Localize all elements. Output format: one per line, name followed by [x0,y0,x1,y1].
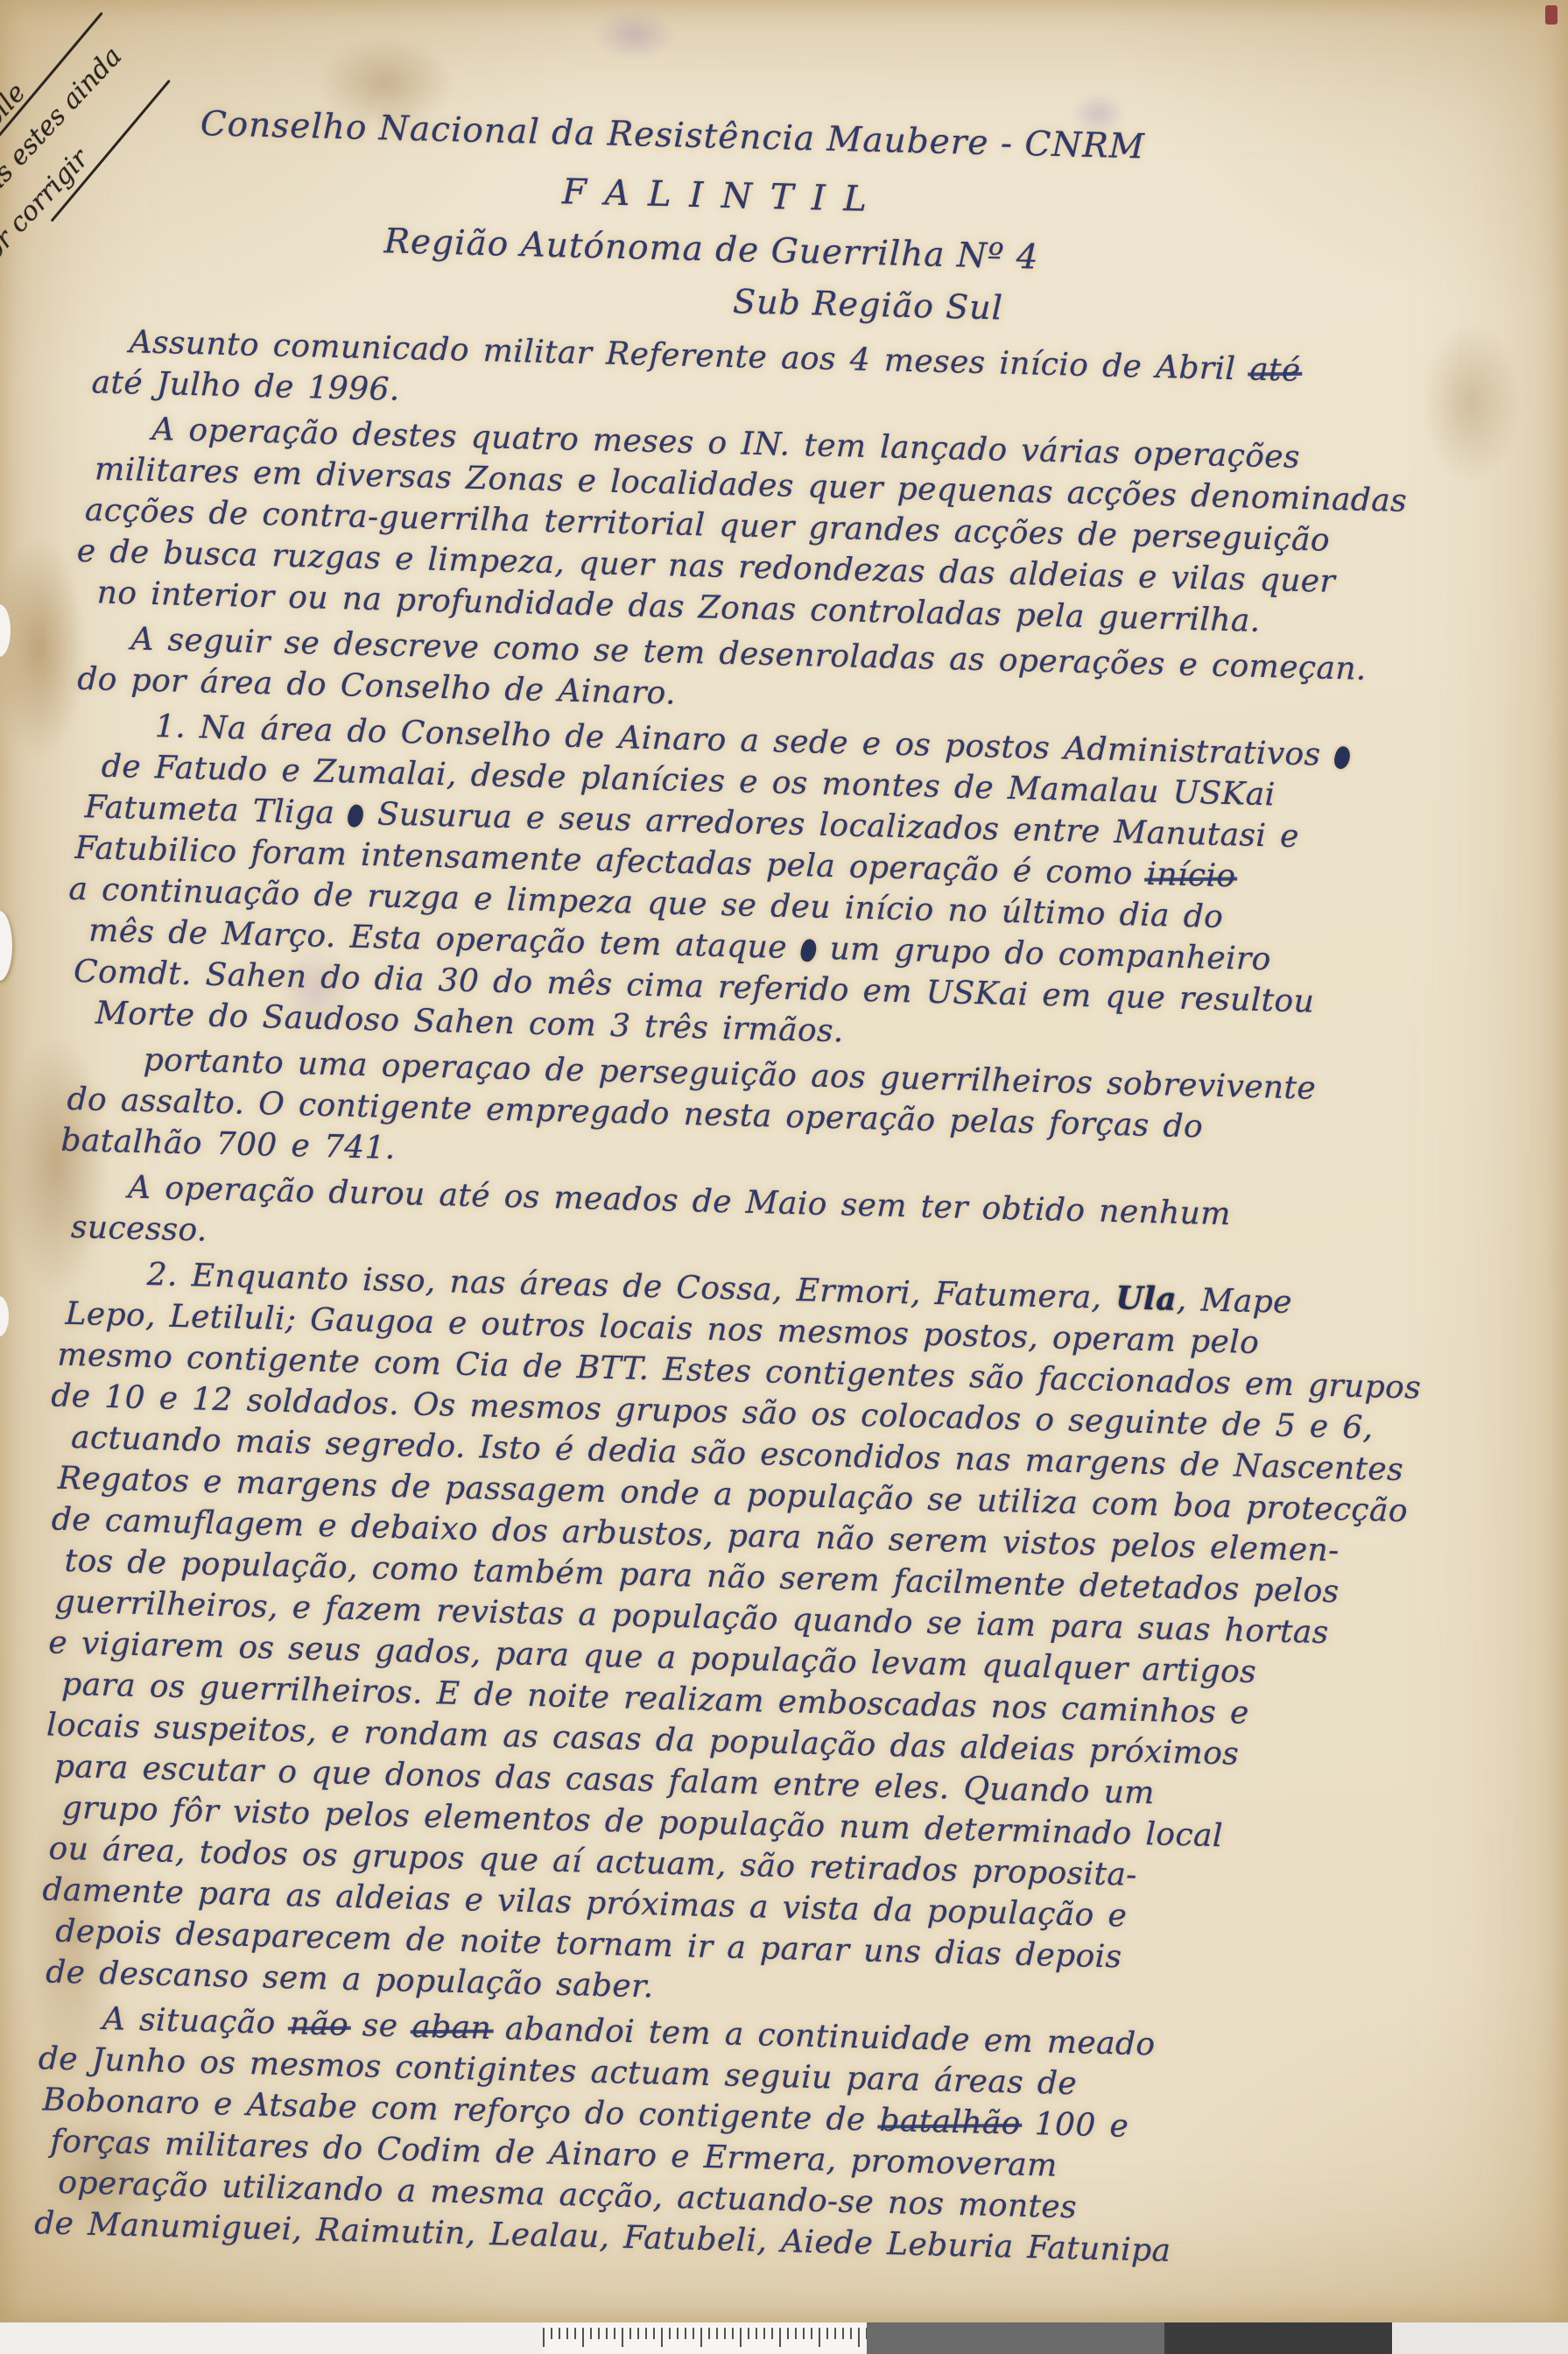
struck-out-word: até [1249,352,1301,389]
scale-bar-ruler-segment [543,2322,867,2354]
scale-bar-light-segment [1392,2322,1568,2354]
ink-blot [1332,744,1352,771]
overwritten-word: Ula [1115,1279,1178,1318]
ink-blot [798,938,819,964]
ink-blot [346,803,366,829]
red-corner-mark [1545,5,1557,25]
calibration-scale-bar [0,2322,1568,2354]
struck-out-word: aban [411,2009,492,2047]
struck-out-word: não [289,2005,349,2043]
struck-out-word: início [1146,856,1236,894]
scale-bar-dark-segment [1164,2322,1392,2354]
header-falintil: F A L I N T I L [562,172,1568,236]
body-lines: Assunto comunicado militar Referente aos… [0,319,1566,2280]
scale-bar-gray-segment [867,2322,1164,2354]
struck-out-word: batalhão [879,2103,1021,2142]
handwriting-layer: Conselho Nacional da Resistência Maubere… [0,0,1568,2354]
header-organization: Conselho Nacional da Resistência Maubere… [200,104,1568,177]
header-subregion: Sub Região Sul [733,282,1568,341]
